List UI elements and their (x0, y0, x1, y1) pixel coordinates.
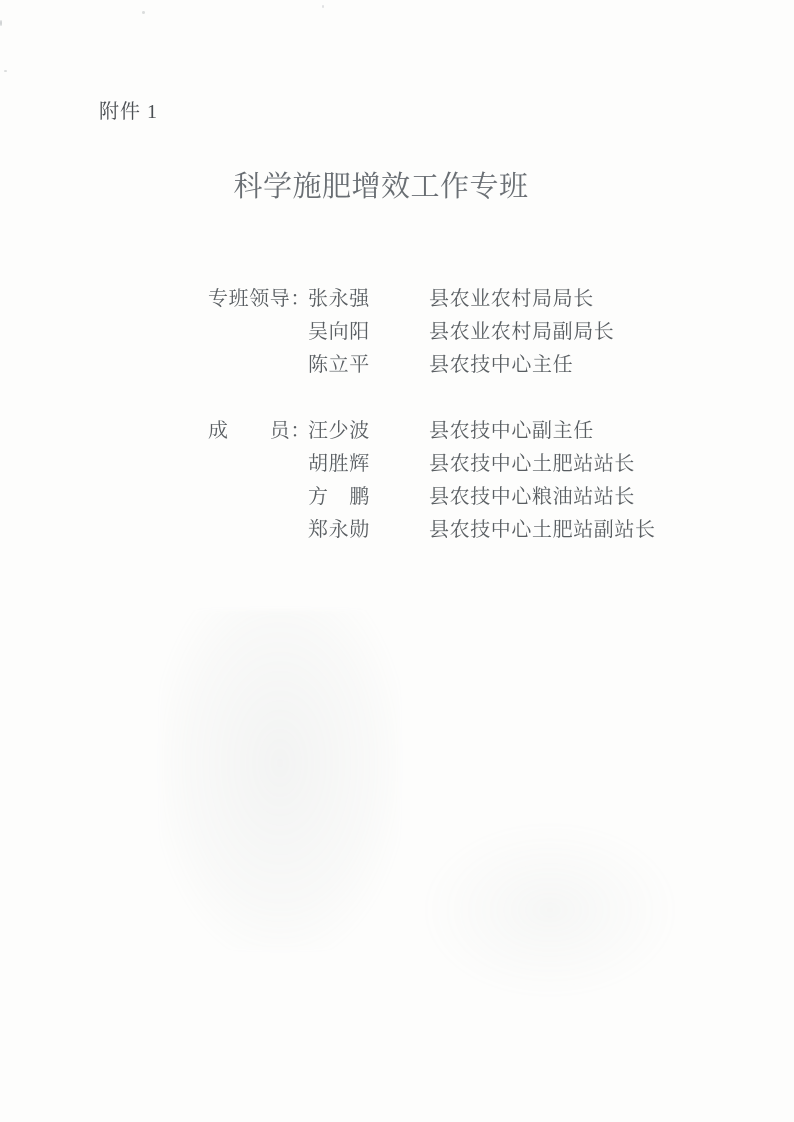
roster-row: 郑永勋 县农技中心土肥站副站长 (0, 514, 794, 547)
roster-row: 成 员： 汪少波 县农技中心副主任 (0, 415, 794, 448)
person-post: 县农技中心主任 (429, 349, 573, 382)
attachment-label: 附件 1 (99, 95, 158, 124)
person-name: 陈立平 (308, 349, 370, 382)
scan-speck (142, 11, 145, 14)
person-post: 县农技中心副主任 (429, 415, 594, 448)
roster-list: 专班领导： 张永强 县农业农村局局长 吴向阳 县农业农村局副局长 陈立平 县农技… (0, 283, 794, 547)
person-post: 县农技中心土肥站站长 (429, 448, 635, 481)
scan-speck (322, 5, 324, 8)
person-name: 郑永勋 (308, 514, 370, 547)
person-post: 县农业农村局副局长 (429, 316, 614, 349)
person-name: 汪少波 (308, 415, 370, 448)
person-name: 方 鹏 (308, 481, 370, 514)
leaders-group-label: 专班领导： (208, 283, 311, 316)
person-name: 胡胜辉 (308, 448, 370, 481)
scan-bleed-through (420, 820, 680, 1000)
person-post: 县农业农村局局长 (429, 283, 594, 316)
person-post: 县农技中心粮油站站长 (429, 481, 635, 514)
person-post: 县农技中心土肥站副站长 (429, 514, 656, 547)
scan-bleed-through (160, 610, 400, 950)
roster-row: 专班领导： 张永强 县农业农村局局长 (0, 283, 794, 316)
roster-row: 吴向阳 县农业农村局副局长 (0, 316, 794, 349)
roster-row: 陈立平 县农技中心主任 (0, 349, 794, 382)
person-name: 张永强 (308, 283, 370, 316)
roster-row: 胡胜辉 县农技中心土肥站站长 (0, 448, 794, 481)
scanned-document-page: 附件 1 科学施肥增效工作专班 专班领导： 张永强 县农业农村局局长 吴向阳 县… (0, 0, 794, 1122)
roster-spacer (0, 382, 794, 415)
scan-speck (4, 70, 7, 72)
roster-row: 方 鹏 县农技中心粮油站站长 (0, 481, 794, 514)
document-title: 科学施肥增效工作专班 (0, 164, 778, 205)
members-group-label: 成 员： (208, 415, 311, 448)
scan-speck (0, 20, 2, 26)
person-name: 吴向阳 (308, 316, 370, 349)
